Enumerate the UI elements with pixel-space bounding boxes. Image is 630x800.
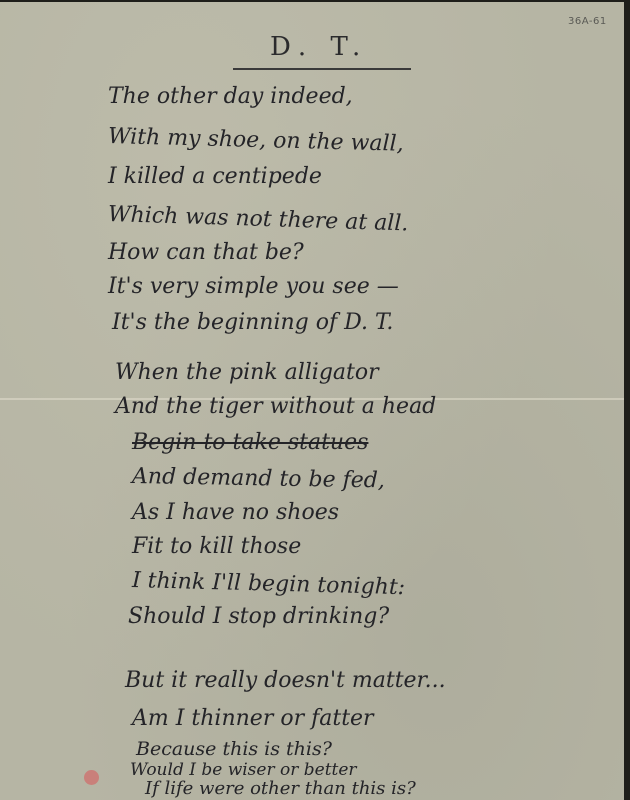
poem-line: Because this is this? bbox=[136, 738, 332, 760]
poem-line: As I have no shoes bbox=[132, 500, 339, 525]
poem-line-struck: Begin to take statues bbox=[132, 430, 368, 455]
poem-line: It's the beginning of D. T. bbox=[112, 310, 393, 335]
manuscript-page: 36A-61 D. T. The other day indeed, With … bbox=[0, 2, 626, 800]
poem-line: If life were other than this is? bbox=[145, 778, 416, 799]
poem-line: Would I be wiser or better bbox=[130, 760, 357, 780]
catalog-number: 36A-61 bbox=[568, 16, 607, 27]
scan-border bbox=[624, 0, 630, 800]
poem-line: With my shoe, on the wall, bbox=[108, 124, 404, 157]
poem-line: Which was not there at all. bbox=[108, 202, 409, 236]
poem-line: It's very simple you see — bbox=[108, 274, 399, 299]
title-underline bbox=[233, 68, 411, 70]
poem-line: Should I stop drinking? bbox=[128, 604, 389, 629]
page-title: D. T. bbox=[270, 32, 368, 62]
poem-line: And demand to be fed, bbox=[132, 464, 385, 493]
poem-line: And the tiger without a head bbox=[115, 394, 436, 419]
poem-line: When the pink alligator bbox=[115, 360, 379, 385]
poem-line: The other day indeed, bbox=[108, 84, 353, 109]
archive-stamp bbox=[70, 757, 110, 797]
poem-line: But it really doesn't matter... bbox=[125, 668, 446, 693]
poem-line: Am I thinner or fatter bbox=[132, 706, 374, 731]
poem-line: I killed a centipede bbox=[108, 164, 322, 189]
poem-line: How can that be? bbox=[108, 240, 304, 265]
poem-line: Fit to kill those bbox=[132, 534, 301, 559]
stamp-seal-icon bbox=[84, 770, 99, 785]
poem-line: I think I'll begin tonight: bbox=[132, 568, 406, 600]
